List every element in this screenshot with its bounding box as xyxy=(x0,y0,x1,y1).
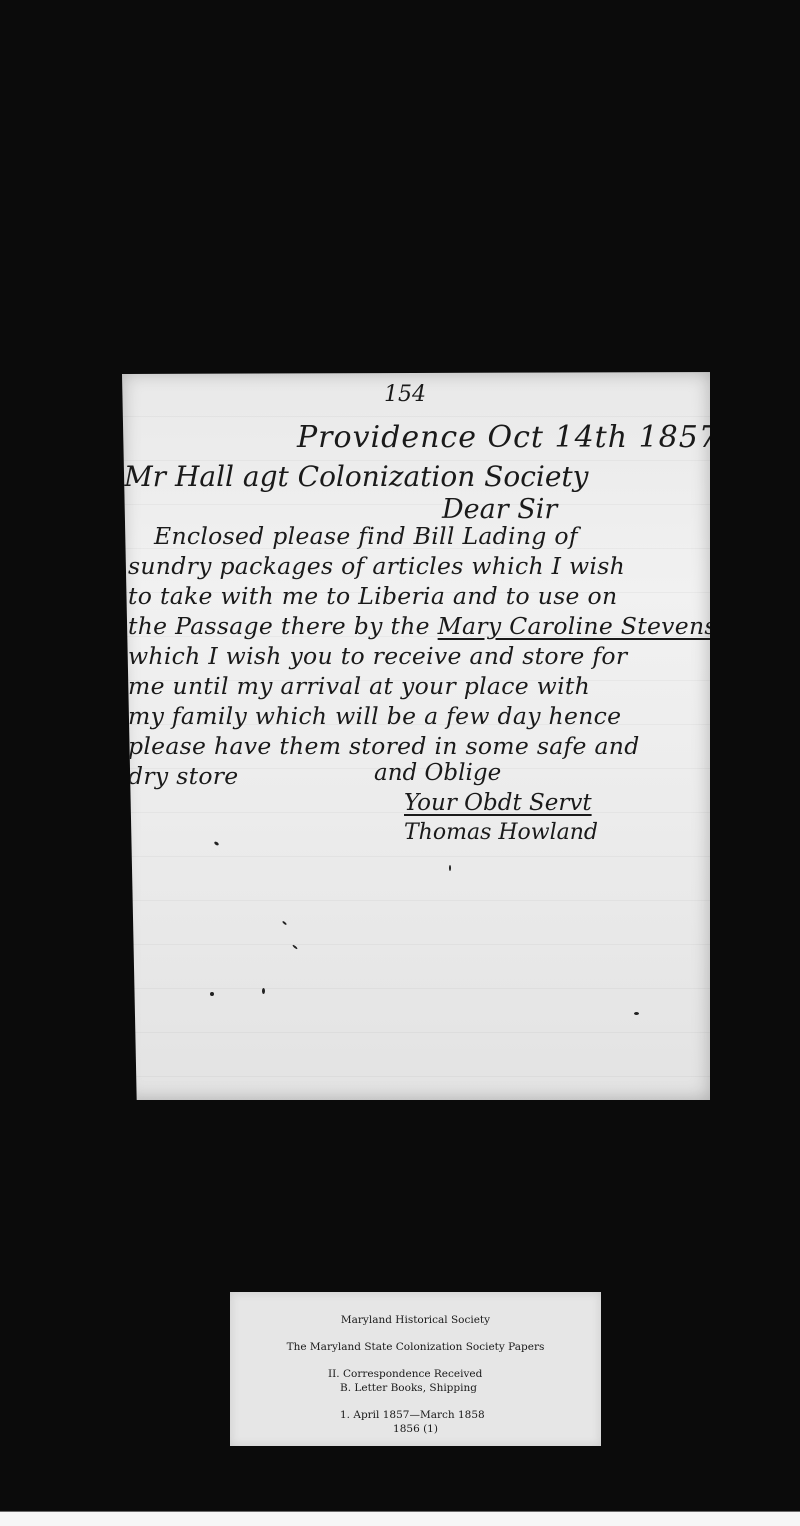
signature: Thomas Howland xyxy=(404,820,598,845)
ink-spot xyxy=(449,865,451,871)
body-line-8: please have them stored in some safe and xyxy=(128,732,640,760)
closing-servant: Your Obdt Servt xyxy=(404,790,592,816)
label-institution: Maryland Historical Society xyxy=(230,1314,601,1326)
ink-spot xyxy=(292,944,298,949)
ink-spot xyxy=(282,921,287,926)
page-number: 154 xyxy=(384,382,426,407)
label-series: II. Correspondence Received xyxy=(328,1368,699,1380)
body-line-5: which I wish you to receive and store fo… xyxy=(128,642,627,670)
body-line-1: Enclosed please find Bill Lading of xyxy=(154,522,578,550)
body-line-3: to take with me to Liberia and to use on xyxy=(128,582,617,610)
letter-page: 154 Providence Oct 14th 1857 Mr Hall agt… xyxy=(122,372,710,1100)
ink-spot xyxy=(262,988,265,994)
label-reel: 1856 (1) xyxy=(230,1423,601,1435)
label-date-range: 1. April 1857—March 1858 xyxy=(340,1409,711,1421)
ink-spot xyxy=(214,841,220,846)
body-line-4-text: the Passage there by the xyxy=(128,612,430,640)
label-collection: The Maryland State Colonization Society … xyxy=(230,1341,601,1353)
ship-name: Mary Caroline Stevens xyxy=(438,612,717,640)
body-line-2: sundry packages of articles which I wish xyxy=(128,552,625,580)
archival-label-card: Maryland Historical Society The Maryland… xyxy=(230,1292,601,1446)
letter-addressee: Mr Hall agt Colonization Society xyxy=(124,460,589,493)
closing-oblige: and Oblige xyxy=(374,760,501,786)
body-line-7: my family which will be a few day hence xyxy=(128,702,621,730)
film-edge-strip xyxy=(0,1511,800,1526)
body-line-6: me until my arrival at your place with xyxy=(128,672,590,700)
body-line-4: the Passage there by the Mary Caroline S… xyxy=(128,612,717,640)
body-line-9: dry store xyxy=(128,762,239,790)
letter-dateline: Providence Oct 14th 1857 xyxy=(297,420,719,455)
label-subseries: B. Letter Books, Shipping xyxy=(340,1382,711,1394)
letter-salutation: Dear Sir xyxy=(442,494,557,525)
ink-spot xyxy=(210,992,214,996)
ink-spot xyxy=(634,1012,639,1015)
